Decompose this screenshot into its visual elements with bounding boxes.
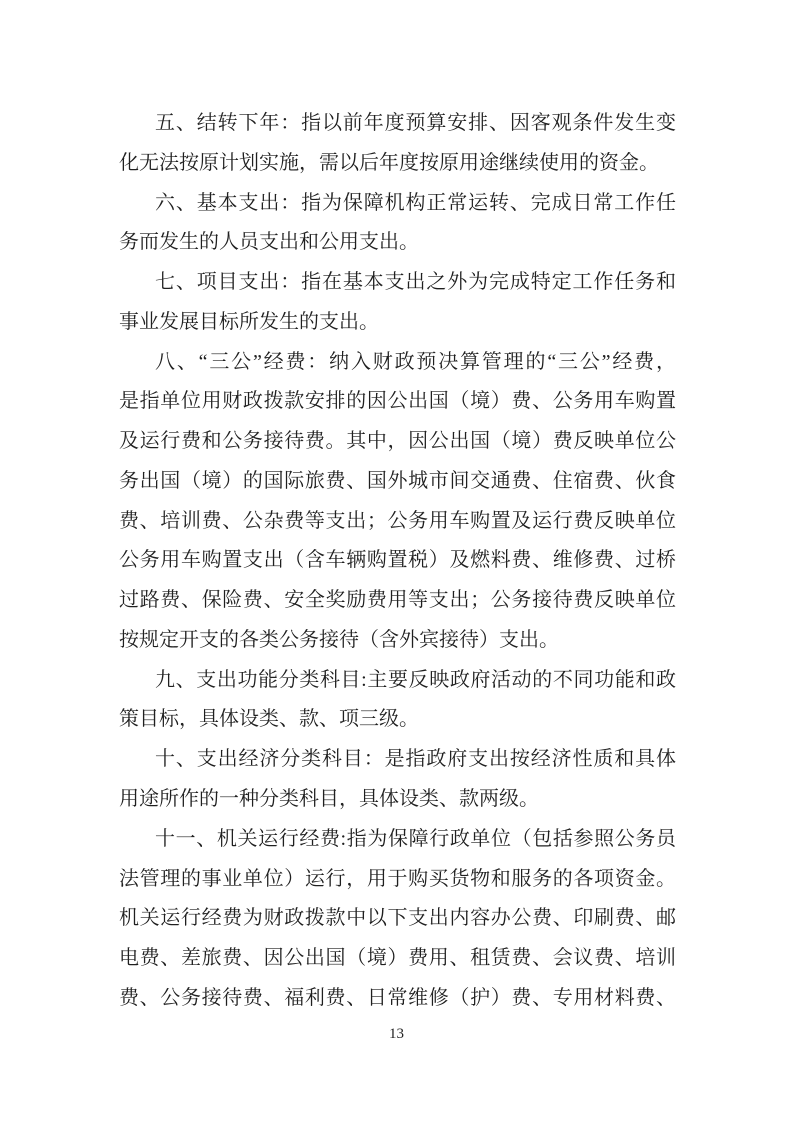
text-line: 事业发展目标所发生的支出。: [119, 303, 676, 343]
text-line: 费、培训费、公杂费等支出；公务用车购置及运行费反映单位: [119, 502, 676, 542]
document-page: 五、结转下年：指以前年度预算安排、因客观条件发生变化无法按原计划实施，需以后年度…: [0, 0, 793, 1122]
text-line: 七、项目支出：指在基本支出之外为完成特定工作任务和: [119, 263, 676, 303]
text-line: 过路费、保险费、安全奖励费用等支出；公务接待费反映单位: [119, 581, 676, 621]
page-number: 13: [0, 1024, 793, 1044]
text-line: 十一、机关运行经费:指为保障行政单位（包括参照公务员: [119, 820, 676, 860]
text-line: 费、公务接待费、福利费、日常维修（护）费、专用材料费、: [119, 979, 676, 1019]
text-line: 公务用车购置支出（含车辆购置税）及燃料费、维修费、过桥: [119, 541, 676, 581]
text-line: 及运行费和公务接待费。其中，因公出国（境）费反映单位公: [119, 422, 676, 462]
text-line: 策目标，具体设类、款、项三级。: [119, 700, 676, 740]
text-line: 务出国（境）的国际旅费、国外城市间交通费、住宿费、伙食: [119, 462, 676, 502]
text-line: 十、支出经济分类科目：是指政府支出按经济性质和具体: [119, 740, 676, 780]
text-line: 按规定开支的各类公务接待（含外宾接待）支出。: [119, 621, 676, 661]
text-line: 五、结转下年：指以前年度预算安排、因客观条件发生变: [119, 104, 676, 144]
text-line: 六、基本支出：指为保障机构正常运转、完成日常工作任: [119, 184, 676, 224]
document-body: 五、结转下年：指以前年度预算安排、因客观条件发生变化无法按原计划实施，需以后年度…: [119, 104, 676, 1019]
text-line: 用途所作的一种分类科目，具体设类、款两级。: [119, 780, 676, 820]
text-line: 化无法按原计划实施，需以后年度按原用途继续使用的资金。: [119, 144, 676, 184]
text-line: 务而发生的人员支出和公用支出。: [119, 223, 676, 263]
text-line: 机关运行经费为财政拨款中以下支出内容办公费、印刷费、邮: [119, 899, 676, 939]
text-line: 法管理的事业单位）运行，用于购买货物和服务的各项资金。: [119, 860, 676, 900]
text-line: 电费、差旅费、因公出国（境）费用、租赁费、会议费、培训: [119, 939, 676, 979]
text-line: 九、支出功能分类科目:主要反映政府活动的不同功能和政: [119, 661, 676, 701]
text-line: 八、“三公”经费：纳入财政预决算管理的“三公”经费，: [119, 343, 676, 383]
text-line: 是指单位用财政拨款安排的因公出国（境）费、公务用车购置: [119, 382, 676, 422]
